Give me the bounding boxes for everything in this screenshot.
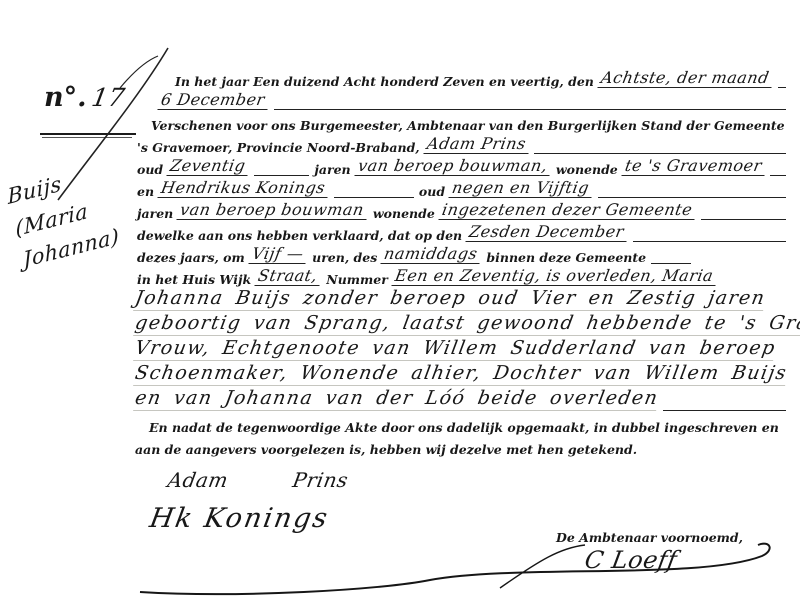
- margin-deceased-name: Buijs (Maria Johanna): [4, 157, 124, 276]
- handwritten-text: Vrouw, Echtgenoote van Willem Sudderland…: [133, 339, 777, 361]
- act-number-value: 17: [89, 85, 126, 110]
- handwritten-text: te 's Gravemoer: [621, 158, 767, 176]
- handwritten-text: Straat,: [255, 268, 323, 286]
- printed-text: Verschenen voor ons Burgemeester, Ambten…: [151, 120, 785, 133]
- document-line: Vrouw, Echtgenoote van Willem Sudderland…: [135, 336, 791, 361]
- document-line: oudZeventigjarenvan beroep bouwman,wonen…: [135, 154, 791, 176]
- printed-text: dewelke aan ons hebben verklaard, dat op…: [137, 230, 462, 243]
- margin-divider-rule: [40, 133, 136, 135]
- handwritten-text: Zesden December: [466, 224, 630, 242]
- printed-text: jaren: [314, 164, 350, 177]
- printed-text: oud: [137, 164, 163, 177]
- act-number-label: n°.: [44, 82, 87, 113]
- document-line: jarenvan beroep bouwmanwonendeingezetene…: [135, 198, 791, 220]
- handwritten-text: Schoenmaker, Wonende alhier, Dochter van…: [133, 364, 788, 386]
- handwritten-text: ingezetenen dezer Gemeente: [438, 202, 697, 220]
- printed-text: uren, des: [312, 252, 377, 265]
- document-body: In het jaar Een duizend Acht honderd Zev…: [135, 66, 791, 411]
- document-line: 's Gravemoer, Provincie Noord-Braband,Ad…: [135, 132, 791, 154]
- printed-text: Nummer: [326, 274, 388, 287]
- signature-declarant-1: Adam Prins: [168, 470, 348, 491]
- closing-paragraph: En nadat de tegenwoordige Akte door ons …: [135, 417, 790, 461]
- blank-rule: [651, 250, 691, 264]
- handwritten-text: geboortig van Sprang, laatst gewoond heb…: [133, 314, 800, 336]
- act-number: n°. 17: [44, 84, 124, 111]
- printed-text: binnen deze Gemeente: [486, 252, 646, 265]
- handwritten-text: namiddags: [381, 246, 483, 264]
- blank-rule: [534, 140, 786, 154]
- printed-text: wonende: [373, 208, 435, 221]
- handwritten-text: Achtste, der maand: [597, 70, 774, 88]
- handwritten-text: van beroep bouwman: [177, 202, 370, 220]
- document-line: 6 December: [135, 88, 791, 110]
- printed-text: In het jaar Een duizend Acht honderd Zev…: [175, 76, 594, 89]
- handwritten-text: negen en Vijftig: [449, 180, 595, 198]
- handwritten-text: Zeventig: [167, 158, 251, 176]
- blank-rule: [633, 228, 786, 242]
- printed-text: 's Gravemoer, Provincie Noord-Braband,: [137, 142, 420, 155]
- closing-line-2: aan de aangevers voorgelezen is, hebben …: [135, 439, 790, 461]
- closing-line-1: En nadat de tegenwoordige Akte door ons …: [135, 417, 790, 439]
- margin-divider-rule-shadow: [42, 137, 132, 138]
- blank-rule: [701, 206, 786, 220]
- document-line: enHendrikus Koningsoudnegen en Vijftig: [135, 176, 791, 198]
- document-line: dezes jaars, omVijf —uren, desnamiddagsb…: [135, 242, 791, 264]
- blank-rule: [770, 162, 786, 176]
- handwritten-text: Vijf —: [248, 246, 309, 264]
- document-line: geboortig van Sprang, laatst gewoond heb…: [135, 311, 791, 336]
- handwritten-text: Hendrikus Konings: [157, 180, 330, 198]
- blank-rule: [598, 184, 786, 198]
- handwritten-text: en van Johanna van der Lóó beide overled…: [133, 389, 660, 411]
- document-line: en van Johanna van der Lóó beide overled…: [135, 386, 791, 411]
- death-certificate-scan: n°. 17 Buijs (Maria Johanna) In het jaar…: [0, 0, 800, 600]
- handwritten-text: 6 December: [157, 92, 270, 110]
- document-line: Verschenen voor ons Burgemeester, Ambten…: [135, 110, 791, 132]
- blank-rule: [274, 96, 786, 110]
- printed-text: oud: [419, 186, 445, 199]
- signature-official: C Loeff: [585, 548, 677, 572]
- printed-text: in het Huis Wijk: [137, 274, 251, 287]
- document-line: Johanna Buijs zonder beroep oud Vier en …: [135, 286, 791, 311]
- printed-text: dezes jaars, om: [137, 252, 245, 265]
- blank-rule: [334, 184, 414, 198]
- handwritten-text: Adam Prins: [423, 136, 531, 154]
- blank-rule: [254, 162, 309, 176]
- document-line: In het jaar Een duizend Acht honderd Zev…: [135, 66, 791, 88]
- official-title-label: De Ambtenaar voornoemd,: [556, 527, 743, 546]
- printed-text: jaren: [137, 208, 173, 221]
- handwritten-text: Johanna Buijs zonder beroep oud Vier en …: [133, 289, 767, 311]
- document-line: Schoenmaker, Wonende alhier, Dochter van…: [135, 361, 791, 386]
- printed-text: en: [137, 186, 154, 199]
- signature-declarant-2: Hk Konings: [150, 505, 329, 532]
- printed-text: wonende: [556, 164, 618, 177]
- blank-rule: [778, 74, 786, 88]
- blank-rule: [663, 395, 786, 411]
- document-line: in het Huis WijkStraat,NummerEen en Zeve…: [135, 264, 791, 286]
- handwritten-text: Een en Zeventig, is overleden, Maria: [391, 268, 718, 286]
- handwritten-text: van beroep bouwman,: [354, 158, 552, 176]
- document-line: dewelke aan ons hebben verklaard, dat op…: [135, 220, 791, 242]
